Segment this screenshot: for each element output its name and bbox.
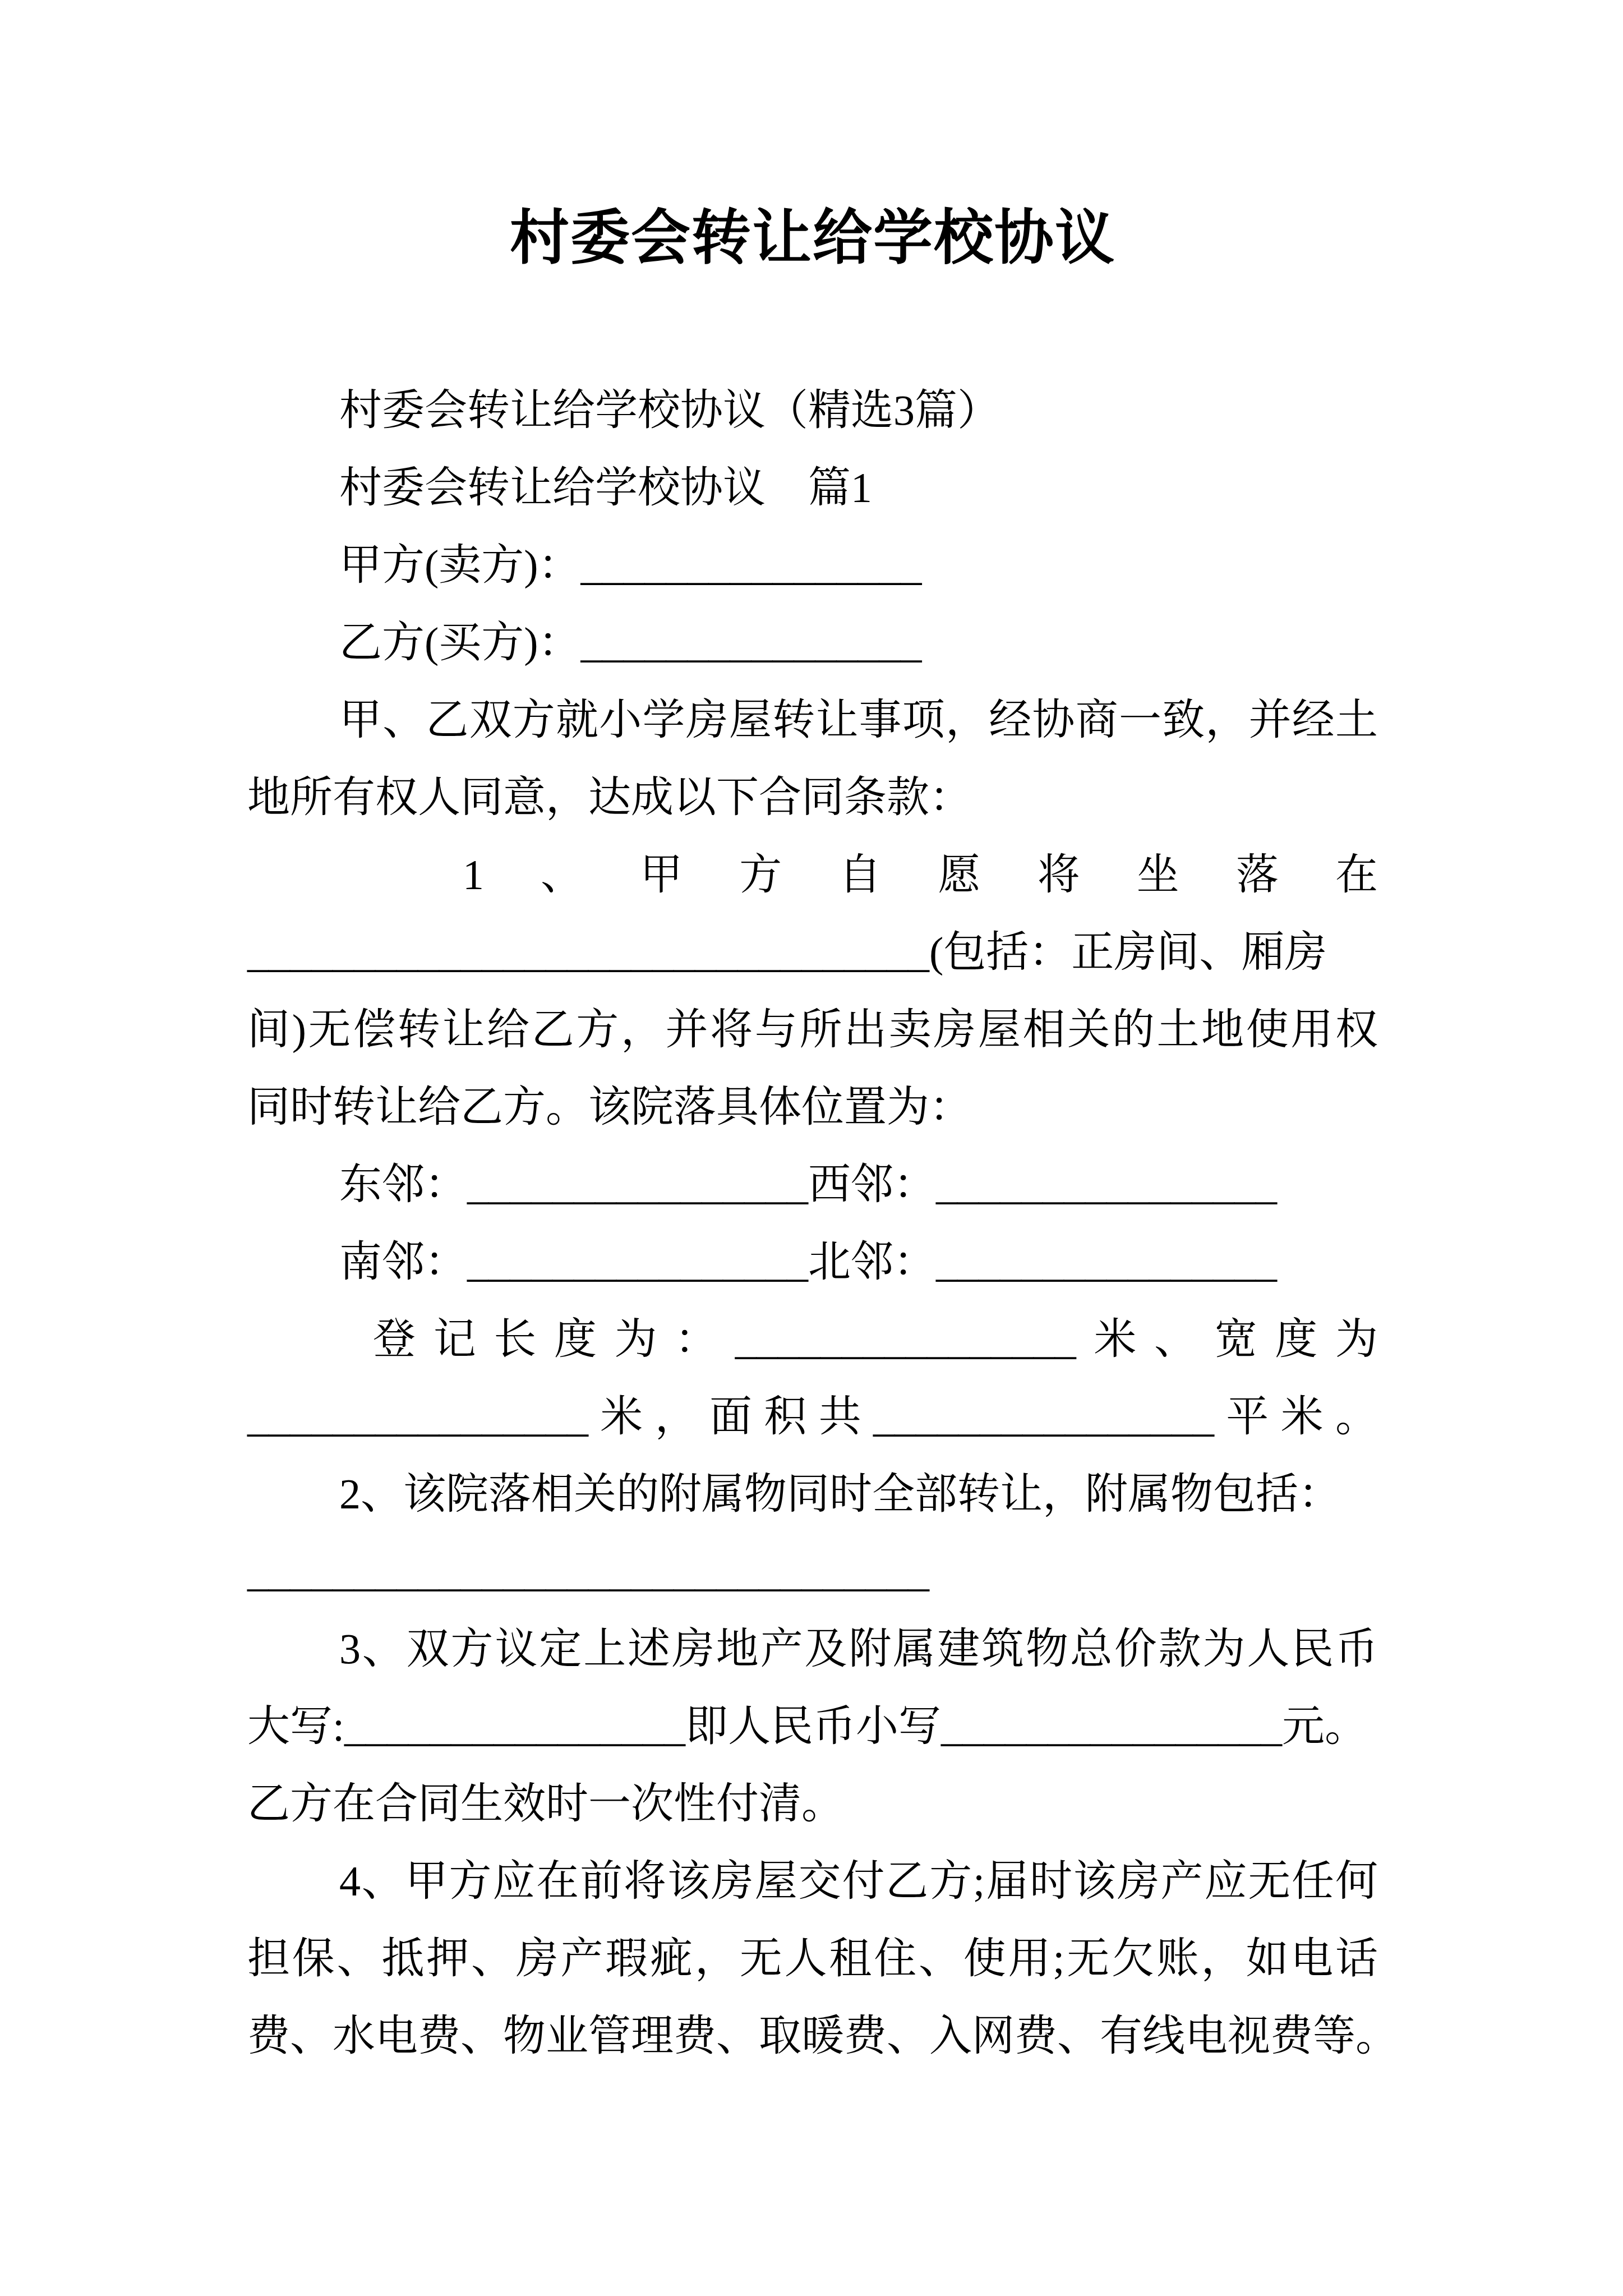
clause-1-transfer-line: 间)无偿转让给乙方，并将与所出卖房屋相关的土地使用权	[247, 991, 1378, 1069]
document-page: 村委会转让给学校协议 村委会转让给学校协议（精选3篇） 村委会转让给学校协议 篇…	[0, 0, 1623, 2296]
registered-length-field-line: 登记长度为：________________米、宽度为	[247, 1301, 1378, 1378]
clause-1-location-blank-line: ________________________________(包括：正房间、…	[247, 914, 1378, 991]
price-amount-fields-line: 大写:________________即人民币小写_______________…	[247, 1688, 1378, 1765]
preamble-line-2: 地所有权人同意，达成以下合同条款：	[247, 759, 1378, 836]
piece-heading-line: 村委会转让给学校协议 篇1	[247, 449, 1378, 527]
clause-3-price-line: 3、双方议定上述房地产及附属建筑物总价款为人民币	[247, 1611, 1378, 1688]
east-west-neighbor-fields: 东邻：________________西邻：________________	[247, 1146, 1378, 1223]
payment-line: 乙方在合同生效时一次性付清。	[247, 1765, 1378, 1843]
width-area-field-line: ________________米，面积共________________平米。	[247, 1378, 1378, 1456]
clause-1-opening-line: 1、甲方自愿将坐落在	[247, 836, 1378, 914]
clause-1-position-line: 同时转让给乙方。该院落具体位置为：	[247, 1069, 1378, 1146]
collection-heading-line: 村委会转让给学校协议（精选3篇）	[247, 372, 1378, 449]
clause-4-line-2: 担保、抵押、房产瑕疵，无人租住、使用;无欠账，如电话	[247, 1920, 1378, 1998]
party-a-field-line: 甲方(卖方)：________________	[247, 527, 1378, 604]
clause-4-line-3: 费、水电费、物业管理费、取暖费、入网费、有线电视费等。	[247, 1998, 1378, 2075]
document-title: 村委会转让给学校协议	[247, 185, 1378, 292]
attachments-blank-field-line: ________________________________	[247, 1533, 1378, 1611]
party-b-field-line: 乙方(买方)：________________	[247, 604, 1378, 682]
clause-4-line-1: 4、甲方应在前将该房屋交付乙方;届时该房产应无任何	[247, 1843, 1378, 1920]
preamble-line-1: 甲、乙双方就小学房屋转让事项，经协商一致，并经土	[247, 682, 1378, 759]
document-body: 村委会转让给学校协议（精选3篇） 村委会转让给学校协议 篇1 甲方(卖方)：__…	[247, 372, 1378, 2075]
south-north-neighbor-fields: 南邻：________________北邻：________________	[247, 1223, 1378, 1301]
clause-2-line: 2、该院落相关的附属物同时全部转让，附属物包括：	[247, 1456, 1378, 1533]
